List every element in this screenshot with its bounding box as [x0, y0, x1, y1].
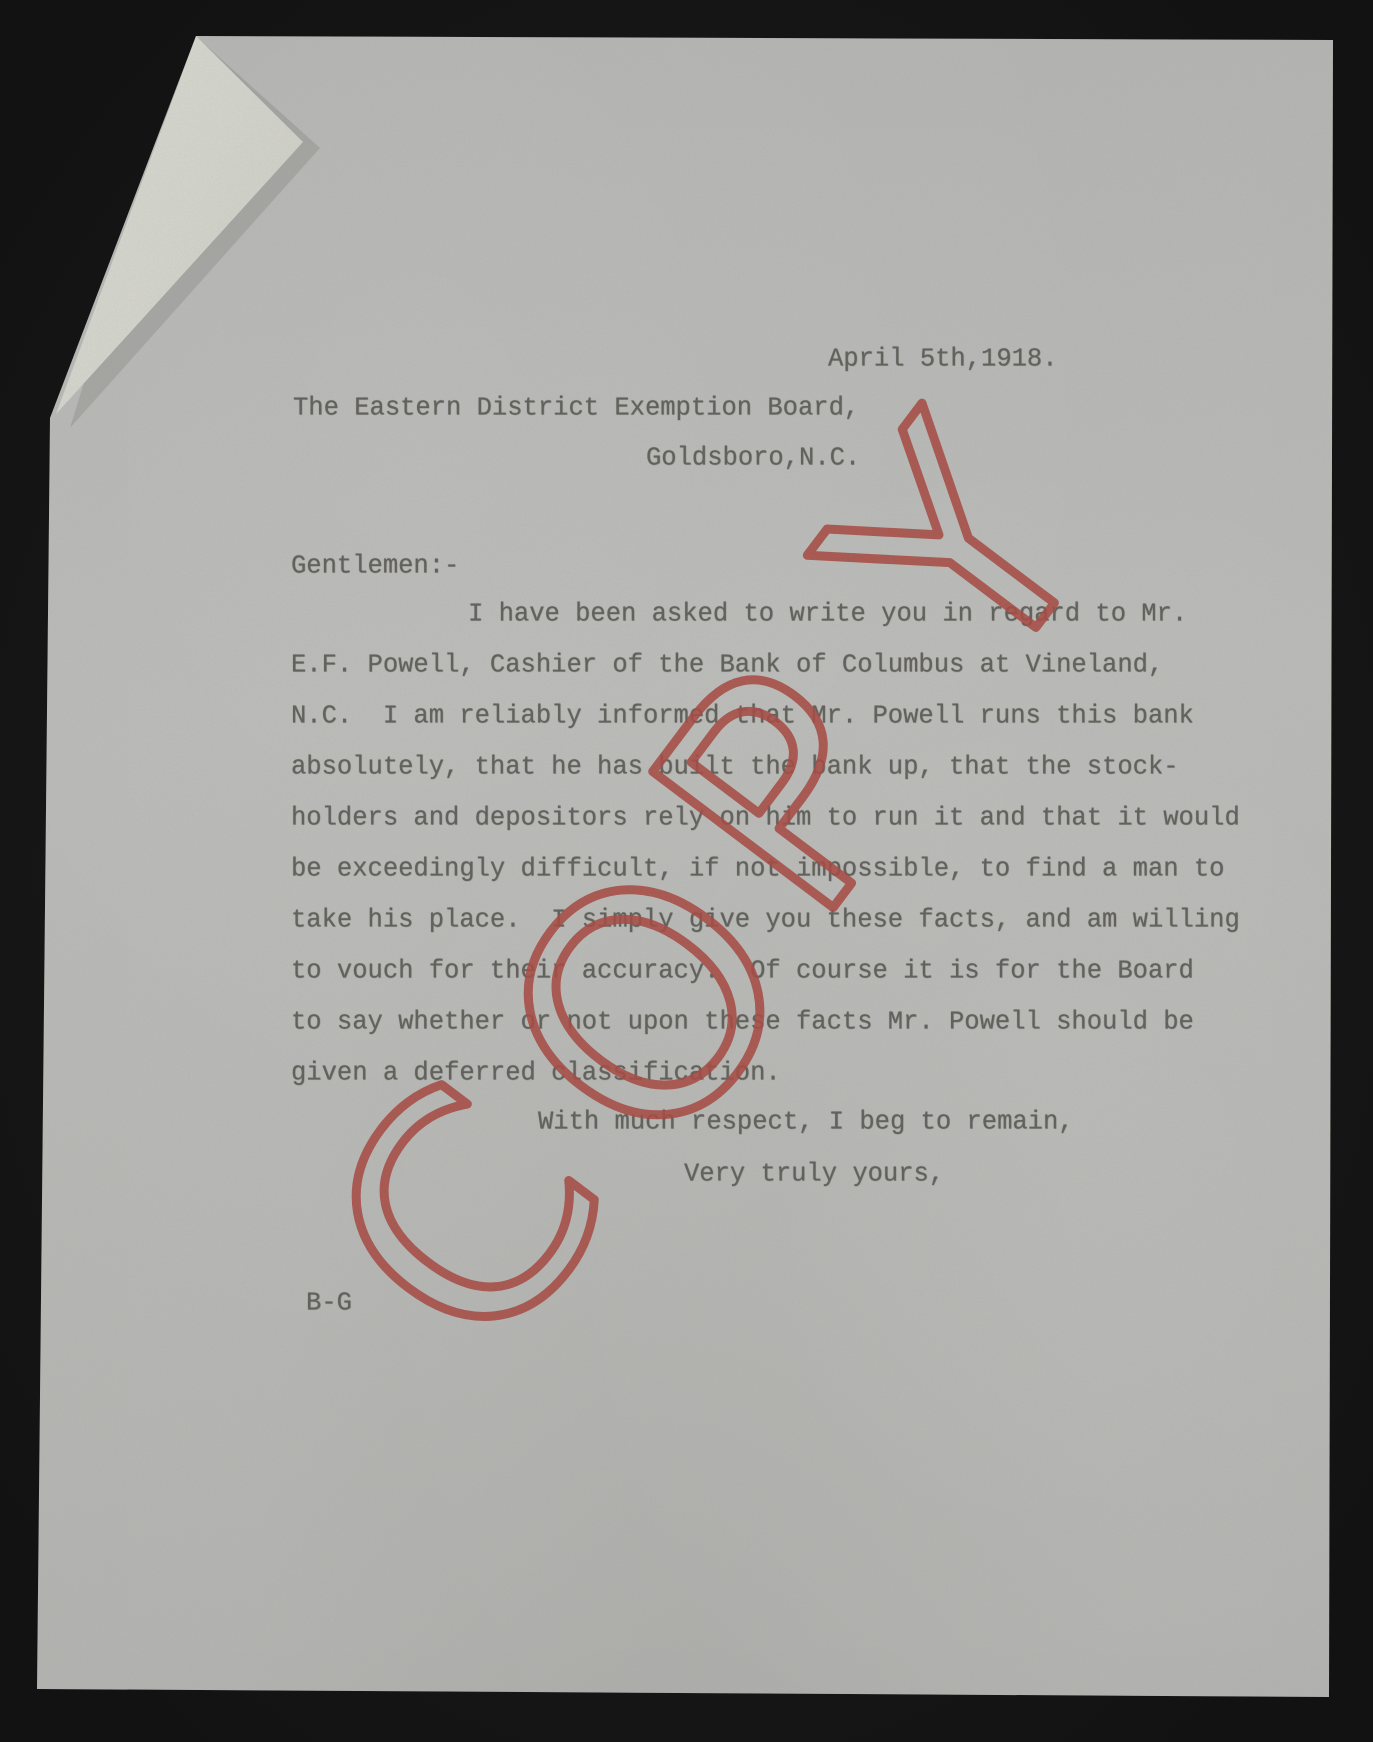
closing-line: With much respect, I beg to remain, [538, 1108, 1074, 1137]
salutation-line: Gentlemen:- [291, 552, 459, 581]
body-line: to vouch for their accuracy. Of course i… [291, 957, 1194, 986]
recipient-city-line: Goldsboro,N.C. [646, 444, 860, 473]
body-line: to say whether or not upon these facts M… [291, 1008, 1194, 1037]
body-line: holders and depositors rely on him to ru… [291, 804, 1240, 833]
body-line: absolutely, that he has built the bank u… [291, 753, 1179, 782]
recipient-line: The Eastern District Exemption Board, [293, 394, 859, 423]
scan-background: April 5th,1918.The Eastern District Exem… [0, 0, 1373, 1742]
closing-line: Very truly yours, [684, 1160, 944, 1189]
date-line: April 5th,1918. [828, 345, 1058, 374]
body-line: be exceedingly difficult, if not impossi… [291, 855, 1224, 884]
body-line: E.F. Powell, Cashier of the Bank of Colu… [291, 651, 1163, 680]
body-line: take his place. I simply give you these … [291, 906, 1240, 935]
typist-initials: B-G [306, 1289, 352, 1318]
body-line: given a deferred classification. [291, 1059, 781, 1088]
letter-paper: April 5th,1918.The Eastern District Exem… [0, 0, 1373, 1742]
body-line: I have been asked to write you in regard… [468, 600, 1187, 629]
body-line: N.C. I am reliably informed that Mr. Pow… [291, 702, 1194, 731]
